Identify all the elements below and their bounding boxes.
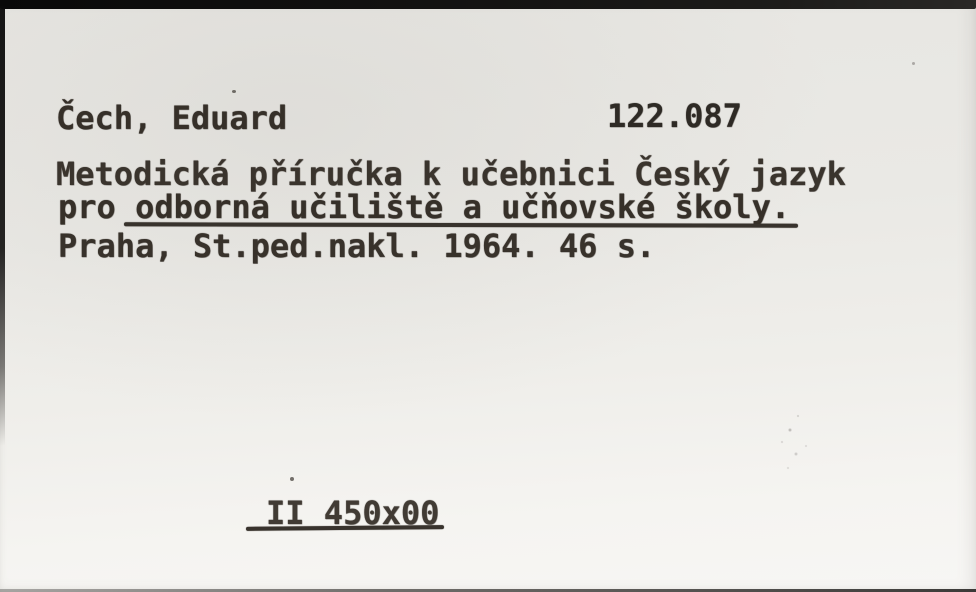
scan-edge-left (0, 6, 5, 446)
title-line-1: Metodická příručka k učebnici Český jazy… (56, 158, 846, 190)
ink-smudge (768, 402, 820, 480)
scan-speck (232, 90, 236, 93)
scan-speck (912, 62, 915, 65)
scan-edge-top (0, 0, 976, 9)
library-catalog-card-scan: Čech, Eduard 122.087 Metodická příručka … (0, 0, 976, 592)
scan-speck (290, 477, 294, 481)
imprint-line: Praha, St.ped.nakl. 1964. 46 s. (58, 230, 655, 262)
shelf-mark: II 450x00 (266, 497, 439, 529)
title-line-2: pro odborná učiliště a učňovské školy. (58, 191, 790, 223)
catalog-number: 122.087 (607, 100, 742, 132)
author-name: Čech, Eduard (56, 102, 287, 134)
